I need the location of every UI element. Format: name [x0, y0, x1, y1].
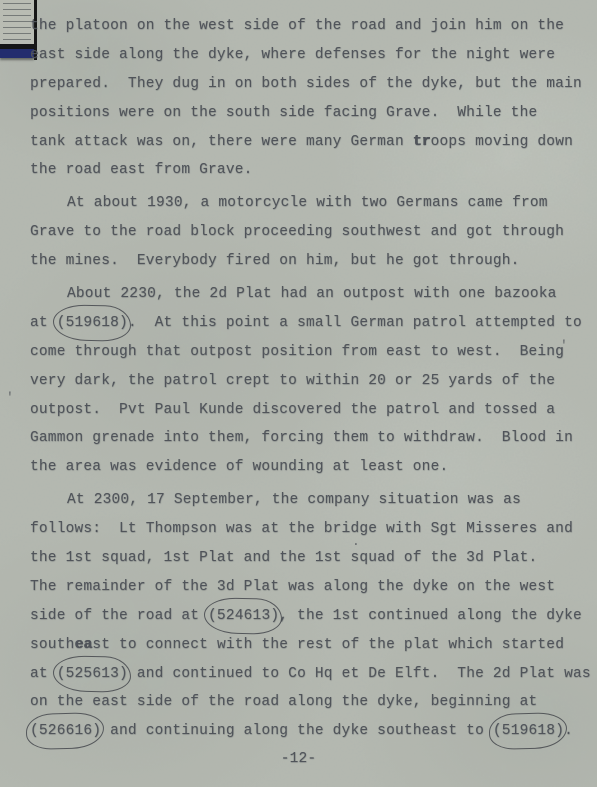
text-line: At about 1930, a motorcycle with two Ger…	[30, 189, 580, 218]
text-line: the platoon on the west side of the road…	[30, 12, 580, 41]
text-segment: At 2300, 17 September, the company situa…	[67, 492, 521, 508]
text-line: at (525613) and continued to Co Hq et De…	[30, 660, 580, 689]
text-line: east side along the dyke, where defenses…	[30, 41, 580, 70]
text-segment: outpost. Pvt Paul Kunde discovered the p…	[30, 402, 555, 418]
text-segment: , the 1st continued along the dyke	[279, 608, 582, 624]
text-segment: east side along the dyke, where defenses…	[30, 47, 555, 63]
text-segment: positions were on the south side facing …	[30, 105, 537, 121]
text-segment: very dark, the patrol crept to within 20…	[30, 373, 555, 389]
text-segment: oops moving down	[431, 134, 573, 150]
circled-map-coordinate: (524613)	[208, 602, 279, 631]
text-segment: the mines. Everybody fired on him, but h…	[30, 253, 520, 269]
text-line: the 1st squad, 1st Plat and the 1st squa…	[30, 544, 580, 573]
scanned-document-page: the platoon on the west side of the road…	[0, 0, 597, 787]
text-segment: come through that outpost position from …	[30, 344, 564, 360]
circled-map-coordinate: (519618)	[57, 309, 128, 338]
text-segment: the road east from Grave.	[30, 162, 253, 178]
text-segment: south	[30, 637, 75, 653]
text-segment: and continuing along the dyke southeast …	[101, 723, 493, 739]
text-line: come through that outpost position from …	[30, 338, 580, 367]
circled-map-coordinate: (525613)	[57, 660, 128, 689]
stray-mark: '	[560, 338, 568, 353]
text-line: the road east from Grave.	[30, 156, 580, 185]
text-line: (526616) and continuing along the dyke s…	[30, 717, 580, 746]
text-segment: prepared. They dug in on both sides of t…	[30, 76, 582, 92]
text-line: outpost. Pvt Paul Kunde discovered the p…	[30, 396, 580, 425]
text-line: follows: Lt Thompson was at the bridge w…	[30, 515, 580, 544]
text-segment: side of the road at	[30, 608, 208, 624]
text-segment: the area was evidence of wounding at lea…	[30, 459, 448, 475]
text-line: Gammon grenade into them, forcing them t…	[30, 424, 580, 453]
document-lines: the platoon on the west side of the road…	[30, 12, 580, 746]
text-segment: st to connect with the rest of the plat …	[92, 637, 564, 653]
text-line: the area was evidence of wounding at lea…	[30, 453, 580, 482]
text-segment: At about 1930, a motorcycle with two Ger…	[67, 195, 548, 211]
text-segment: The remainder of the 3d Plat was along t…	[30, 579, 555, 595]
text-segment: About 2230, the 2d Plat had an outpost w…	[67, 286, 557, 302]
text-segment: and continued to Co Hq et De Elft. The 2…	[128, 666, 591, 682]
corner-blue-strip	[0, 49, 34, 58]
circled-map-coordinate: (526616)	[30, 717, 101, 746]
text-line: At 2300, 17 September, the company situa…	[30, 486, 580, 515]
text-line: on the east side of the road along the d…	[30, 688, 580, 717]
text-line: About 2230, the 2d Plat had an outpost w…	[30, 280, 580, 309]
text-line: The remainder of the 3d Plat was along t…	[30, 573, 580, 602]
text-segment: the 1st squad, 1st Plat and the 1st squa…	[30, 550, 537, 566]
text-segment: tank attack was on, there were many Germ…	[30, 134, 413, 150]
text-line: the mines. Everybody fired on him, but h…	[30, 247, 580, 276]
text-segment: on the east side of the road along the d…	[30, 694, 537, 710]
overstruck-characters: tr	[413, 134, 431, 150]
text-line: very dark, the patrol crept to within 20…	[30, 367, 580, 396]
text-segment: Gammon grenade into them, forcing them t…	[30, 430, 573, 446]
text-line: prepared. They dug in on both sides of t…	[30, 70, 580, 99]
corner-tiny-text-lines	[3, 3, 31, 41]
stray-mark: '	[6, 390, 14, 405]
stray-mark: .	[352, 534, 360, 549]
page-number: -12-	[0, 751, 597, 767]
text-segment: follows: Lt Thompson was at the bridge w…	[30, 521, 573, 537]
text-segment: the platoon on the west side of the road…	[30, 18, 564, 34]
text-line: tank attack was on, there were many Germ…	[30, 128, 580, 157]
text-segment: Grave to the road block proceeding south…	[30, 224, 564, 240]
text-line: Grave to the road block proceeding south…	[30, 218, 580, 247]
corner-page-fragment	[0, 0, 34, 44]
circled-map-coordinate: (519618)	[493, 717, 564, 746]
text-line: positions were on the south side facing …	[30, 99, 580, 128]
text-line: side of the road at (524613), the 1st co…	[30, 602, 580, 631]
text-line: southeast to connect with the rest of th…	[30, 631, 580, 660]
text-line: at (519618). At this point a small Germa…	[30, 309, 580, 338]
overstruck-characters: ea	[75, 637, 93, 653]
text-segment: . At this point a small German patrol at…	[128, 315, 582, 331]
